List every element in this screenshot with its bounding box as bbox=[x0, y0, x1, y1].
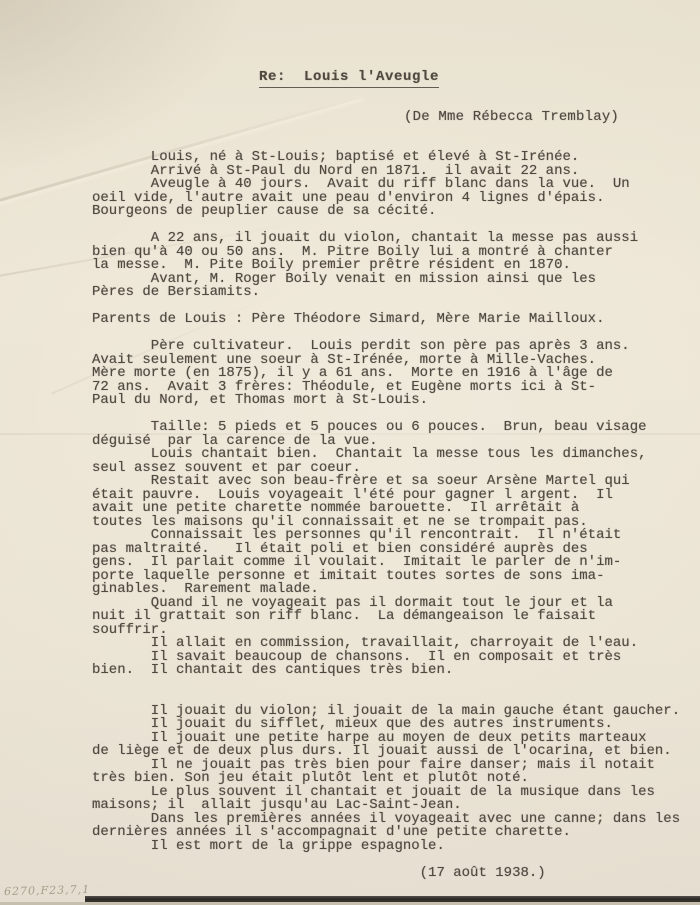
document-line: Pères de Bersiamits. bbox=[92, 286, 680, 300]
document-line bbox=[92, 678, 680, 692]
document-line: nuit il grattait son riff blanc. La déma… bbox=[92, 610, 680, 624]
page-title: Re: Louis l'Aveugle bbox=[259, 69, 439, 88]
archival-pencil-mark: 6270,F23,7,1 bbox=[4, 883, 90, 898]
document-body: Louis, né à St-Louis; baptisé et élevé à… bbox=[92, 151, 680, 880]
document-page: Re: Louis l'Aveugle (De Mme Rébecca Trem… bbox=[0, 0, 700, 905]
document-line: Parents de Louis : Père Théodore Simard,… bbox=[92, 313, 680, 327]
document-line: bien. Il chantait des cantiques très bie… bbox=[92, 664, 680, 678]
document-line: Il est mort de la grippe espagnole. bbox=[92, 840, 680, 854]
document-line: (17 août 1938.) bbox=[92, 867, 680, 881]
document-line: Bourgeons de peuplier cause de sa cécité… bbox=[92, 205, 680, 219]
attribution-line: (De Mme Rébecca Tremblay) bbox=[404, 109, 619, 125]
document-line: Paul du Nord, et Thomas mort à St-Louis. bbox=[92, 394, 680, 408]
